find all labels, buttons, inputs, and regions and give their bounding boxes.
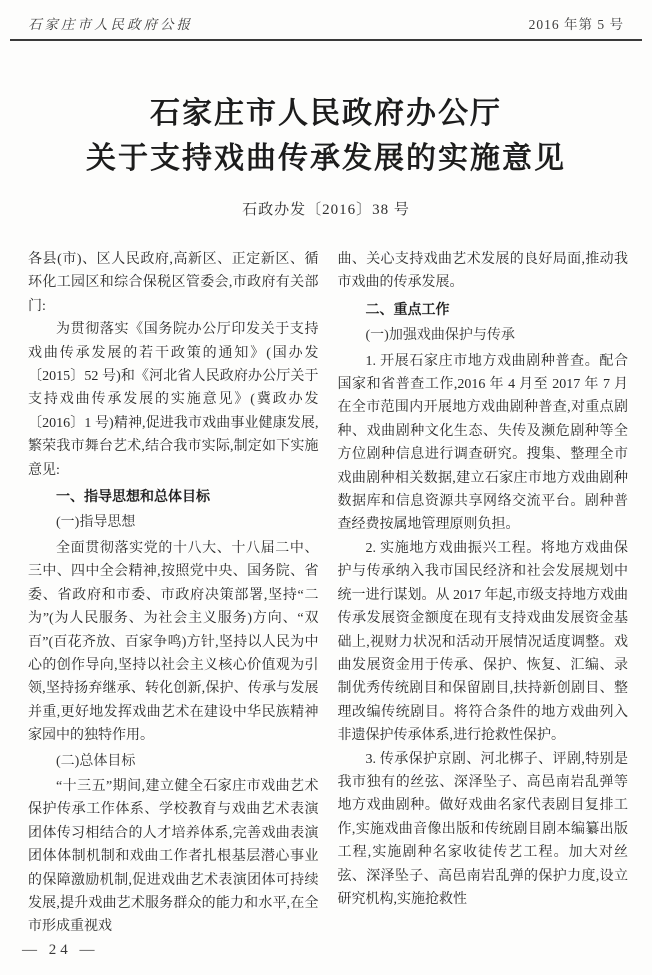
document-title-line2: 关于支持戏曲传承发展的实施意见 [0,136,652,181]
gazette-name: 石家庄市人民政府公报 [28,13,193,33]
left-column: 各县(市)、区人民政府,高新区、正定新区、循环化工园区和综合保税区管委会,市政府… [28,248,319,939]
gazette-page: 石家庄市人民政府公报 2016 年第 5 号 石家庄市人民政府办公厅 关于支持戏… [0,0,652,975]
section-heading: 二、重点工作 [338,298,629,321]
document-body: 各县(市)、区人民政府,高新区、正定新区、循环化工园区和综合保税区管委会,市政府… [0,248,652,939]
page-number: — 24 — [22,942,99,959]
sub-heading: (二)总体目标 [28,750,319,773]
paragraph: 曲、关心支持戏曲艺术发展的良好局面,推动我市戏曲的传承发展。 [338,248,629,295]
right-column: 曲、关心支持戏曲艺术发展的良好局面,推动我市戏曲的传承发展。二、重点工作(一)加… [338,248,629,939]
paragraph: 各县(市)、区人民政府,高新区、正定新区、循环化工园区和综合保税区管委会,市政府… [28,248,319,318]
paragraph: 为贯彻落实《国务院办公厅印发关于支持戏曲传承发展的若干政策的通知》(国办发〔20… [28,318,319,482]
paragraph: 1. 开展石家庄市地方戏曲剧种普查。配合国家和省普查工作,2016 年 4 月至… [338,350,629,537]
document-title: 石家庄市人民政府办公厅 关于支持戏曲传承发展的实施意见 [0,91,652,181]
paragraph: 全面贯彻落实党的十八大、十八届二中、三中、四中全会精神,按照党中央、国务院、省委… [28,537,319,748]
section-heading: 一、指导思想和总体目标 [28,485,319,508]
paragraph: “十三五”期间,建立健全石家庄市戏曲艺术保护传承工作体系、学校教育与戏曲艺术表演… [28,775,319,939]
page-header: 石家庄市人民政府公报 2016 年第 5 号 [10,0,642,41]
document-title-line1: 石家庄市人民政府办公厅 [0,91,652,136]
issue-number: 2016 年第 5 号 [529,13,624,33]
sub-heading: (一)加强戏曲保护与传承 [338,324,629,347]
paragraph: 3. 传承保护京剧、河北梆子、评剧,特别是我市独有的丝弦、深泽坠子、高邑南岩乱弹… [338,748,629,912]
document-number: 石政办发〔2016〕38 号 [0,198,652,219]
sub-heading: (一)指导思想 [28,511,319,534]
paragraph: 2. 实施地方戏曲振兴工程。将地方戏曲保护与传承纳入我市国民经济和社会发展规划中… [338,537,629,748]
